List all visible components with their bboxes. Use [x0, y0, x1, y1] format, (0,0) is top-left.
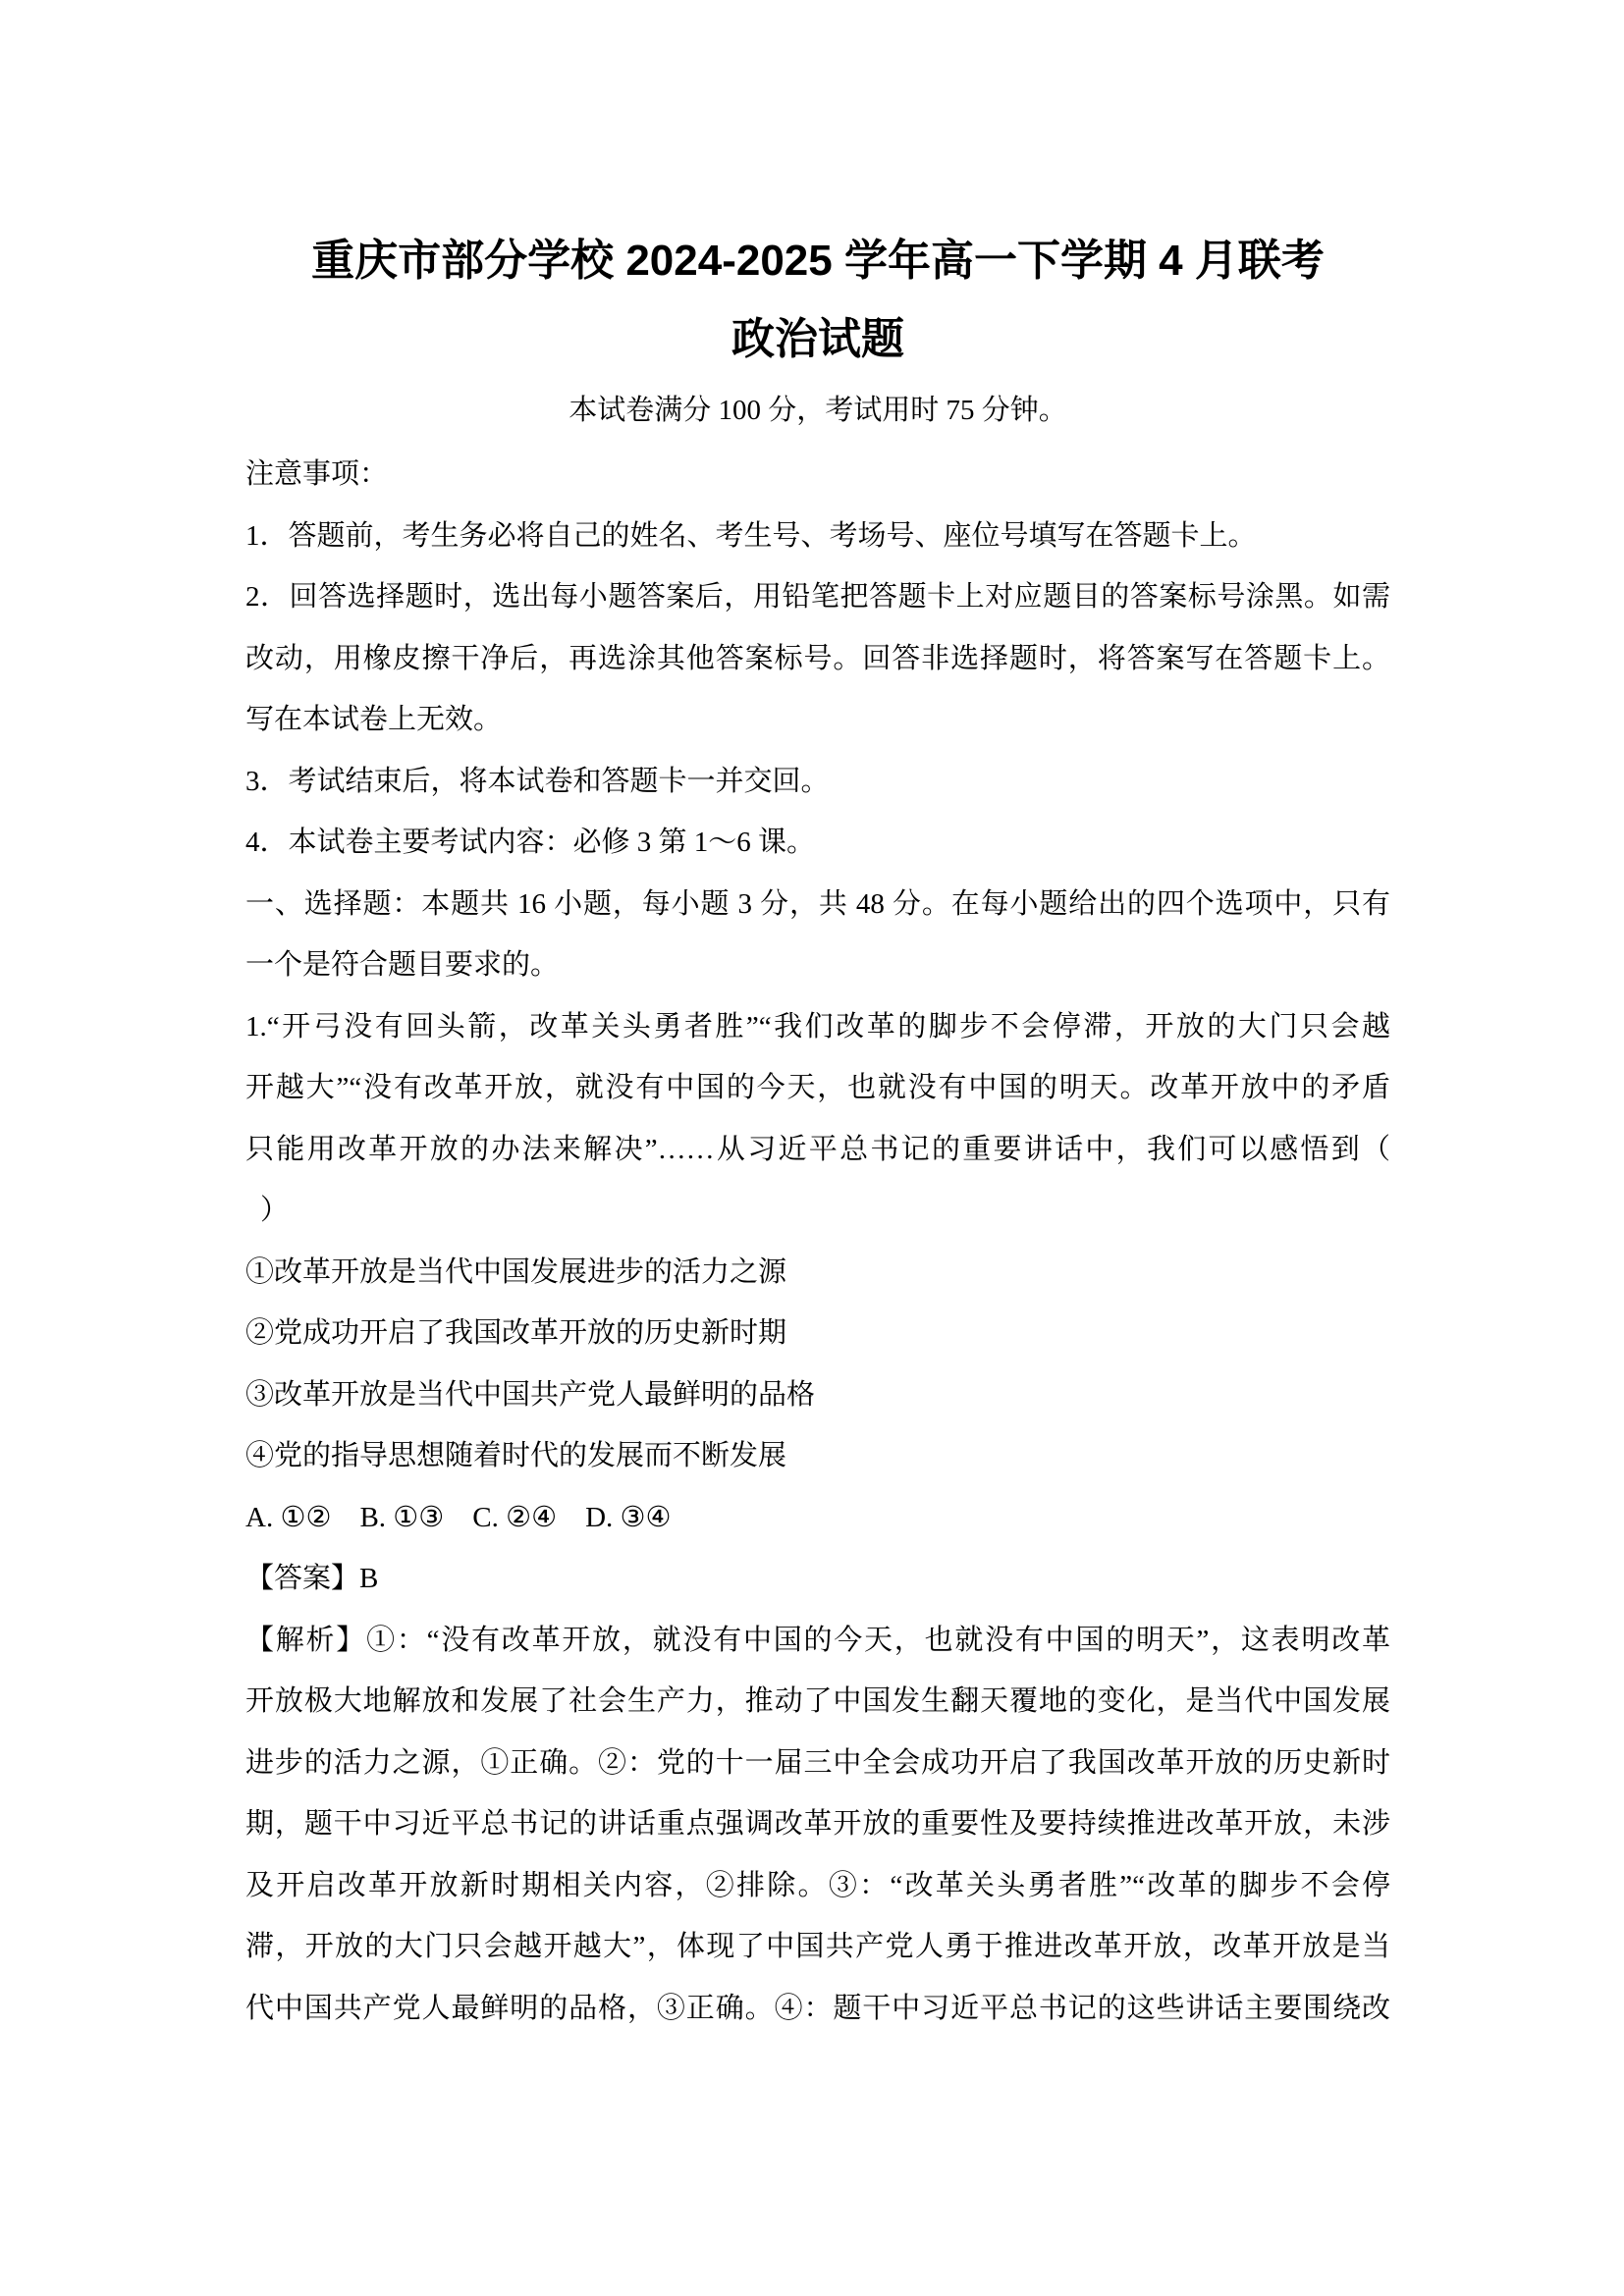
question-1-statement-1: ①改革开放是当代中国发展进步的活力之源 — [245, 1242, 1390, 1304]
exam-page: 重庆市部分学校 2024-2025 学年高一下学期 4 月联考政治试题本试卷满分… — [0, 0, 1624, 2296]
doc-subtitle: 政治试题 — [245, 314, 1390, 365]
doc-title: 重庆市部分学校 2024-2025 学年高一下学期 4 月联考 — [245, 236, 1390, 287]
question-1-options: A. ①② B. ①③ C. ②④ D. ③④ — [245, 1487, 1390, 1549]
analysis-line-7: 代中国共产党人最鲜明的品格，③正确。④：题干中习近平总书记的这些讲话主要围绕改 — [245, 1978, 1390, 2040]
analysis-line-3: 进步的活力之源，①正确。②：党的十一届三中全会成功开启了我国改革开放的历史新时 — [245, 1733, 1390, 1794]
document-body: 重庆市部分学校 2024-2025 学年高一下学期 4 月联考政治试题本试卷满分… — [245, 236, 1390, 2039]
notice-heading: 注意事项： — [245, 444, 1390, 506]
question-1-statement-4: ④党的指导思想随着时代的发展而不断发展 — [245, 1425, 1390, 1487]
analysis-line-1: 【解析】①：“没有改革开放，就没有中国的今天，也就没有中国的明天”，这表明改革 — [245, 1610, 1390, 1672]
analysis-line-5: 及开启改革开放新时期相关内容，②排除。③：“改革关头勇者胜”“改革的脚步不会停 — [245, 1855, 1390, 1917]
notice-item-4: 4．本试卷主要考试内容：必修 3 第 1～6 课。 — [245, 812, 1390, 874]
answer-line: 【答案】B — [245, 1548, 1390, 1610]
question-1-stem-line-2: 开越大”“没有改革开放，就没有中国的今天，也就没有中国的明天。改革开放中的矛盾 — [245, 1057, 1390, 1119]
question-1-statement-3: ③改革开放是当代中国共产党人最鲜明的品格 — [245, 1364, 1390, 1426]
question-1-statement-2: ②党成功开启了我国改革开放的历史新时期 — [245, 1303, 1390, 1364]
section-1-heading-line-2: 一个是符合题目要求的。 — [245, 934, 1390, 996]
analysis-line-2: 开放极大地解放和发展了社会生产力，推动了中国发生翻天覆地的变化，是当代中国发展 — [245, 1671, 1390, 1733]
question-1-stem-line-3: 只能用改革开放的办法来解决”……从习近平总书记的重要讲话中，我们可以感悟到（ — [245, 1119, 1390, 1181]
exam-info: 本试卷满分 100 分，考试用时 75 分钟。 — [245, 390, 1390, 431]
notice-item-1: 1．答题前，考生务必将自己的姓名、考生号、考场号、座位号填写在答题卡上。 — [245, 506, 1390, 567]
analysis-line-6: 滞，开放的大门只会越开越大”，体现了中国共产党人勇于推进改革开放，改革开放是当 — [245, 1916, 1390, 1978]
question-1-stem-line-1: 1.“开弓没有回头箭，改革关头勇者胜”“我们改革的脚步不会停滞，开放的大门只会越 — [245, 996, 1390, 1058]
question-1-stem-line-4: ） — [245, 1180, 1390, 1242]
analysis-line-4: 期，题干中习近平总书记的讲话重点强调改革开放的重要性及要持续推进改革开放，未涉 — [245, 1793, 1390, 1855]
notice-item-2-line-1: 2．回答选择题时，选出每小题答案后，用铅笔把答题卡上对应题目的答案标号涂黑。如需 — [245, 566, 1390, 628]
notice-item-3: 3．考试结束后，将本试卷和答题卡一并交回。 — [245, 751, 1390, 813]
notice-item-2-line-2: 改动，用橡皮擦干净后，再选涂其他答案标号。回答非选择题时，将答案写在答题卡上。 — [245, 628, 1390, 690]
notice-item-2-line-3: 写在本试卷上无效。 — [245, 689, 1390, 751]
section-1-heading-line-1: 一、选择题：本题共 16 小题，每小题 3 分，共 48 分。在每小题给出的四个… — [245, 874, 1390, 935]
